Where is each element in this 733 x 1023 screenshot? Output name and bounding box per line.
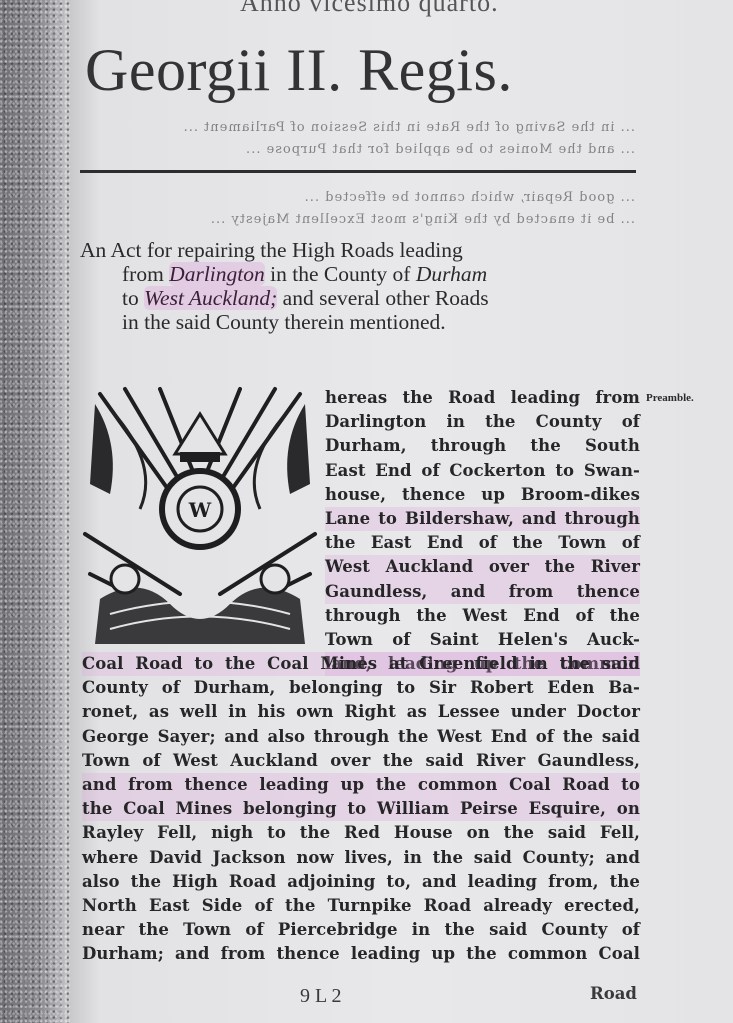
text-line: where David Jackson now lives, in the sa… [82, 846, 640, 870]
text-line-highlighted: West Auckland over the River [325, 555, 640, 579]
act-title-line: An Act for repairing the High Roads lead… [80, 238, 640, 262]
text-line: Durham, through the South [325, 434, 640, 458]
text-line: near the Town of Piercebridge in the sai… [82, 918, 640, 942]
scan-edge-noise [0, 0, 70, 1023]
text-line-highlighted: Lane to Bildershaw, and through [325, 507, 640, 531]
act-title: An Act for repairing the High Roads lead… [80, 238, 640, 334]
text-line: County of Durham, belonging to Sir Rober… [82, 676, 640, 700]
text-line: the East End of the Town of [325, 531, 640, 555]
woodcut-ornament-icon: W [80, 384, 320, 654]
text-line: ronet, as well in his own Right as Lesse… [82, 700, 640, 724]
title-rule [80, 170, 636, 173]
text-line: also the High Road adjoining to, and lea… [82, 870, 640, 894]
text-line: through the West End of the [325, 604, 640, 628]
text-line-highlighted: Coal Road to the Coal Mines at Greenfiel… [82, 652, 640, 676]
woodcut-monogram: W [188, 498, 212, 522]
bleed-through-text: ... and the Monies to be applied for tha… [75, 142, 635, 157]
text-line: house, thence up Broom-dikes [325, 483, 640, 507]
text-line: Town of Saint Helen's Auck- [325, 628, 640, 652]
signature-mark: 9 L 2 [300, 985, 341, 1008]
bleed-through-text: ... good Repair, which cannot be effecte… [75, 190, 635, 205]
text-line-highlighted: the Coal Mines belonging to William Peir… [82, 797, 640, 821]
preamble-wide-column: Coal Road to the Coal Mines at Greenfiel… [82, 652, 640, 967]
highlight-darlington: Darlington [169, 262, 265, 286]
act-title-line: in the said County therein mentioned. [80, 310, 640, 334]
text-line: Durham; and from thence leading up the c… [82, 942, 640, 966]
text-line: Town of West Auckland over the said Rive… [82, 749, 640, 773]
text-line: East End of Cockerton to Swan- [325, 459, 640, 483]
margin-note-preamble: Preamble. [646, 392, 694, 404]
bleed-through-text: ... in the Saving of the Rate in this Se… [75, 120, 635, 135]
running-head: Anno vicesimo quarto. [240, 0, 499, 18]
preamble-narrow-column: hereas the Road leading from Darlington … [325, 386, 640, 676]
text-line: North East Side of the Turnpike Road alr… [82, 894, 640, 918]
catchword: Road [590, 984, 637, 1003]
text-line: George Sayer; and also through the West … [82, 725, 640, 749]
text-line: Darlington in the County of [325, 410, 640, 434]
act-title-line: from Darlington in the County of Durham [80, 262, 640, 286]
page-title: Georgii II. Regis. [85, 40, 513, 100]
bleed-through-text: ... be it enacted by the King's most Exc… [75, 212, 635, 227]
text-line: Rayley Fell, nigh to the Red House on th… [82, 821, 640, 845]
act-title-line: to West Auckland; and several other Road… [80, 286, 640, 310]
text-line-highlighted: and from thence leading up the common Co… [82, 773, 640, 797]
text-line: hereas the Road leading from [325, 386, 640, 410]
text-line-highlighted: Gaundless, and from thence [325, 580, 640, 604]
highlight-west-auckland: West Auckland; [144, 286, 277, 310]
